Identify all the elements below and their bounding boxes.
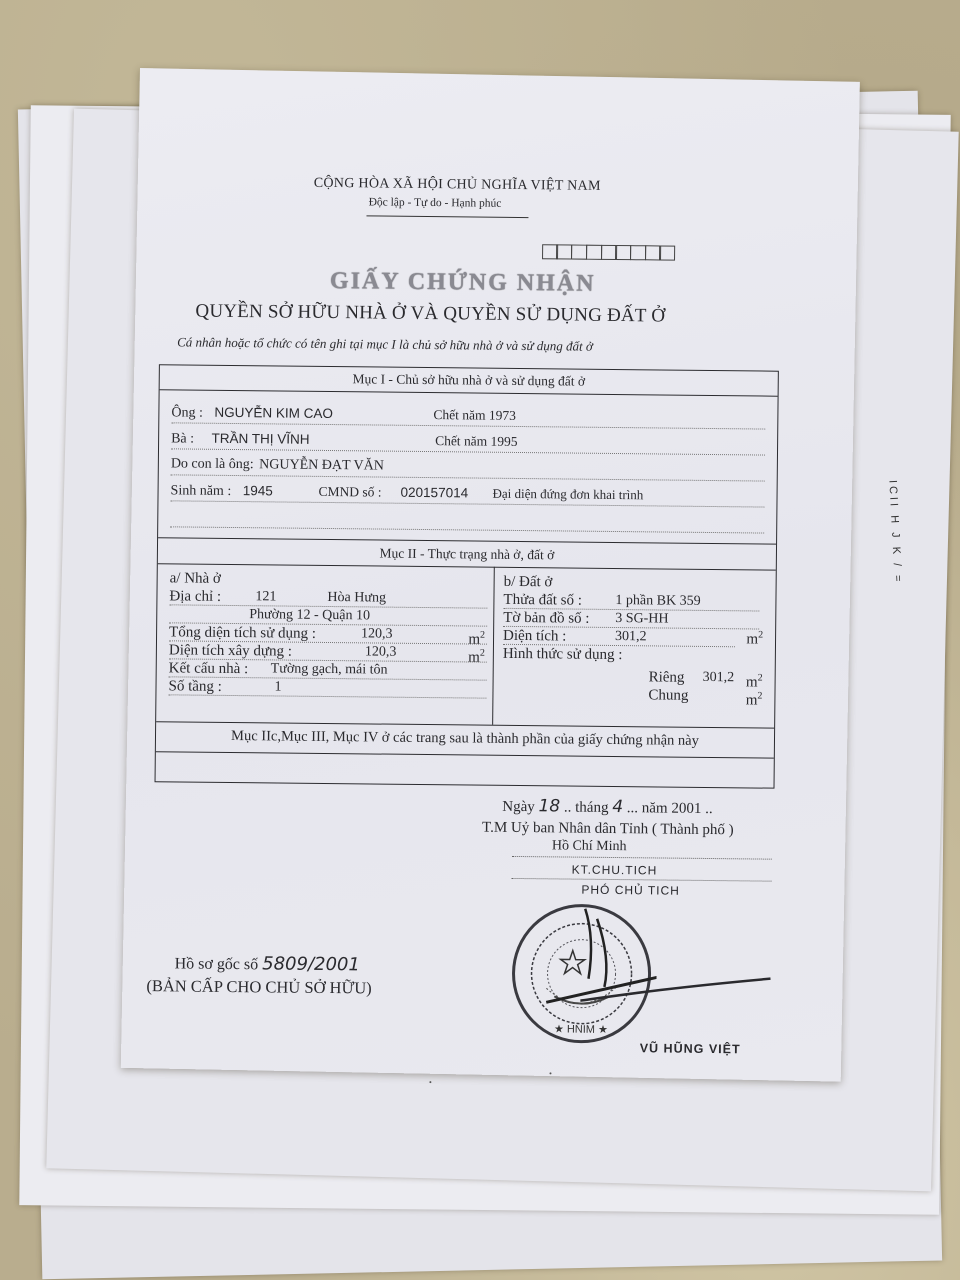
heir-label: Do con là ông: bbox=[171, 453, 254, 476]
continuation-note: Mục IIc,Mục III, Mục IV ở các trang sau … bbox=[156, 727, 774, 750]
issuing-authority: T.M Uỷ ban Nhân dân Tỉnh ( Thành phố ) bbox=[482, 820, 734, 840]
map-value: 3 SG-HH bbox=[615, 610, 668, 629]
certificate-subtitle: QUYỀN SỞ HỮU NHÀ Ở VÀ QUYỀN SỬ DỤNG ĐẤT … bbox=[195, 301, 665, 328]
certificate-table: Mục I - Chủ sở hữu nhà ở và sử dụng đất … bbox=[155, 364, 779, 788]
owner1-row: Ông : NGUYỄN KIM CAO Chết năm 1973 bbox=[171, 401, 765, 429]
shared-row: Chung m2 bbox=[648, 686, 764, 705]
signatory-position: PHÓ CHỦ TICH bbox=[581, 883, 680, 898]
issue-month: 4 bbox=[612, 797, 623, 817]
owner2-label: Bà : bbox=[171, 428, 194, 450]
birth-label: Sinh năm : bbox=[170, 480, 231, 503]
heir-row: Do con là ông: NGUYỄN ĐẠT VĂN bbox=[171, 453, 765, 481]
address-street: Hòa Hưng bbox=[327, 589, 386, 608]
house-column: a/ Nhà ở Địa chỉ : 121 Hòa Hưng Phường 1… bbox=[168, 569, 488, 720]
plot-value: 1 phần BK 359 bbox=[615, 592, 700, 611]
land-area-value: 301,2 bbox=[615, 628, 647, 646]
representative-role: Đại diện đứng đơn khai trình bbox=[492, 483, 643, 507]
total-area-label: Tổng diện tích sử dụng : bbox=[169, 624, 316, 642]
unit-m2: m2 bbox=[746, 687, 763, 709]
issuing-city: Hồ Chí Minh bbox=[552, 838, 627, 855]
paper-speck bbox=[429, 1081, 431, 1083]
dossier-number-row: Hồ sơ gốc số 5809/2001 bbox=[175, 952, 360, 975]
issue-day: 18 bbox=[538, 796, 560, 816]
column-divider bbox=[492, 567, 495, 725]
unit-m2: m2 bbox=[746, 629, 763, 648]
total-area-value: 120,3 bbox=[361, 625, 393, 643]
signatory-kt: KT.CHU.TICH bbox=[572, 863, 658, 878]
section2-heading: Mục II - Thực trạng nhà ở, đất ở bbox=[158, 543, 776, 565]
heir-name: NGUYỄN ĐẠT VĂN bbox=[259, 454, 384, 477]
private-value: 301,2 bbox=[703, 669, 735, 687]
owner1-note: Chết năm 1973 bbox=[433, 404, 516, 427]
build-area-label: Diện tích xây dựng : bbox=[169, 642, 292, 659]
birth-year: 1945 bbox=[243, 480, 273, 502]
national-title: CỘNG HÒA XÃ HỘI CHỦ NGHĨA VIỆT NAM bbox=[314, 176, 601, 195]
plot-label: Thửa đất số : bbox=[503, 592, 582, 609]
land-area-label: Diện tích : bbox=[503, 628, 566, 645]
serial-number-boxes bbox=[543, 244, 675, 260]
section1-heading: Mục I - Chủ sở hữu nhà ở và sử dụng đất … bbox=[160, 369, 778, 391]
structure-label: Kết cấu nhà : bbox=[169, 660, 249, 677]
dotted-line bbox=[512, 856, 772, 860]
paper-speck bbox=[549, 1072, 551, 1074]
floors-label: Số tầng : bbox=[168, 678, 222, 695]
private-row: Riêng 301,2 m2 bbox=[649, 668, 765, 687]
issue-year: 2001 bbox=[671, 801, 701, 817]
id-label: CMND số : bbox=[318, 481, 381, 504]
divider bbox=[156, 751, 774, 758]
land-column: b/ Đất ở Thửa đất số : 1 phần BK 359 Tờ … bbox=[502, 573, 766, 724]
address-ward: Phường 12 - Quận 10 bbox=[249, 606, 370, 625]
address-number: 121 bbox=[255, 588, 276, 606]
dotted-line bbox=[512, 878, 772, 882]
certificate-page: CỘNG HÒA XÃ HỘI CHỦ NGHĨA VIỆT NAM Độc l… bbox=[121, 68, 860, 1082]
owner2-note: Chết năm 1995 bbox=[435, 430, 518, 453]
owner2-name: TRẦN THỊ VĨNH bbox=[211, 428, 309, 451]
birth-row: Sinh năm : 1945 CMND số : 020157014 Đại … bbox=[170, 479, 764, 507]
national-motto: Độc lập - Tự do - Hạnh phúc bbox=[369, 196, 502, 209]
dossier-label: Hồ sơ gốc số bbox=[175, 955, 259, 973]
svg-text:★ HNIM ★: ★ HNIM ★ bbox=[554, 1023, 608, 1036]
signer-name: VŨ HŨNG VIỆT bbox=[640, 1041, 741, 1056]
structure-value: Tường gạch, mái tôn bbox=[271, 660, 388, 679]
build-area-value: 120,3 bbox=[365, 643, 397, 661]
certificate-intro: Cá nhân hoặc tổ chức có tên ghi tại mục … bbox=[177, 334, 593, 354]
map-label: Tờ bản đồ số : bbox=[503, 610, 589, 627]
issue-date: Ngày 18 .. tháng 4 ... năm 2001 .. bbox=[502, 796, 713, 818]
copy-note: (BẢN CẤP CHO CHỦ SỞ HỮU) bbox=[146, 976, 372, 998]
private-label: Riêng bbox=[649, 669, 685, 685]
owner1-label: Ông : bbox=[171, 402, 203, 424]
floors-row: Số tầng : 1 bbox=[168, 677, 486, 698]
owner1-name: NGUYỄN KIM CAO bbox=[214, 402, 333, 425]
address-label: Địa chỉ : bbox=[169, 588, 221, 605]
owner2-row: Bà : TRẦN THỊ VĨNH Chết năm 1995 bbox=[171, 427, 765, 455]
land-area-row: Diện tích : 301,2 bbox=[503, 627, 735, 647]
usage-label: Hình thức sử dụng : bbox=[503, 645, 765, 666]
id-number: 020157014 bbox=[400, 482, 468, 505]
blank-row bbox=[170, 505, 764, 533]
signature-stroke-icon bbox=[580, 973, 780, 1015]
certificate-title: GIẤY CHỨNG NHẬN bbox=[313, 268, 613, 298]
serial-box bbox=[659, 245, 675, 260]
dossier-number: 5809/2001 bbox=[262, 953, 360, 975]
motto-underline bbox=[366, 215, 528, 218]
floors-value: 1 bbox=[274, 678, 281, 696]
shared-label: Chung bbox=[648, 687, 688, 703]
